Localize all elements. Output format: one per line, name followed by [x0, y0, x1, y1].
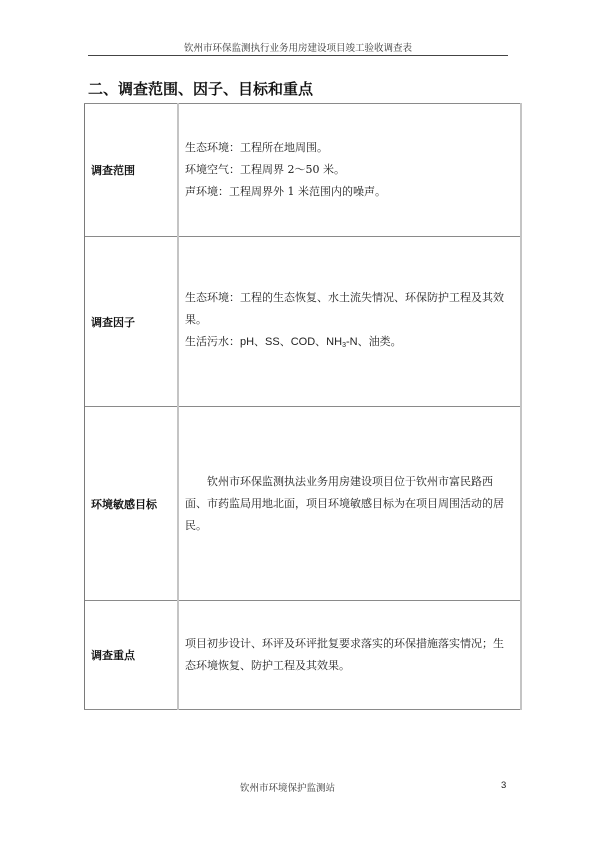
row-label: 调查重点: [85, 601, 179, 710]
row-label: 调查因子: [85, 237, 179, 407]
running-header: 钦州市环保监测执行业务用房建设项目竣工验收调查表: [88, 40, 508, 54]
row-label: 调查范围: [85, 104, 179, 237]
wastewater-prefix: 生活污水：: [185, 335, 240, 348]
scope-noise: 声环境：工程周界外 1 米范围内的噪声。: [185, 181, 514, 203]
wastewater-items: pH、SS、COD、NH: [240, 336, 342, 348]
row-content: 生态环境：工程所在地周围。 环境空气：工程周界 2～50 米。 声环境：工程周界…: [178, 104, 521, 237]
header-rule: [88, 55, 508, 56]
factor-wastewater: 生活污水：pH、SS、COD、NH3-N、油类。: [185, 331, 514, 357]
table-row-sensitive-targets: 环境敏感目标 钦州市环保监测执法业务用房建设项目位于钦州市富民路西面、市药监局用…: [85, 407, 522, 601]
survey-table: 调查范围 生态环境：工程所在地周围。 环境空气：工程周界 2～50 米。 声环境…: [84, 103, 522, 710]
wastewater-items-tail: -N、: [346, 336, 369, 348]
wastewater-suffix: 油类。: [369, 335, 402, 348]
sensitive-targets-text: 钦州市环保监测执法业务用房建设项目位于钦州市富民路西面、市药监局用地北面，项目环…: [185, 471, 514, 537]
table-row-factors: 调查因子 生态环境：工程的生态恢复、水土流失情况、环保防护工程及其效果。 生活污…: [85, 237, 522, 407]
scope-air: 环境空气：工程周界 2～50 米。: [185, 159, 514, 181]
table-row-scope: 调查范围 生态环境：工程所在地周围。 环境空气：工程周界 2～50 米。 声环境…: [85, 104, 522, 237]
row-content: 钦州市环保监测执法业务用房建设项目位于钦州市富民路西面、市药监局用地北面，项目环…: [178, 407, 521, 601]
scope-ecology: 生态环境：工程所在地周围。: [185, 137, 514, 159]
table-row-focus: 调查重点 项目初步设计、环评及环评批复要求落实的环保措施落实情况；生态环境恢复、…: [85, 601, 522, 710]
page-number: 3: [501, 780, 506, 791]
row-label: 环境敏感目标: [85, 407, 179, 601]
section-title: 二、调查范围、因子、目标和重点: [88, 78, 313, 99]
footer-organization: 钦州市环境保护监测站: [240, 780, 335, 794]
factor-ecology: 生态环境：工程的生态恢复、水土流失情况、环保防护工程及其效果。: [185, 287, 514, 331]
focus-text: 项目初步设计、环评及环评批复要求落实的环保措施落实情况；生态环境恢复、防护工程及…: [185, 633, 514, 677]
row-content: 生态环境：工程的生态恢复、水土流失情况、环保防护工程及其效果。 生活污水：pH、…: [178, 237, 521, 407]
row-content: 项目初步设计、环评及环评批复要求落实的环保措施落实情况；生态环境恢复、防护工程及…: [178, 601, 521, 710]
